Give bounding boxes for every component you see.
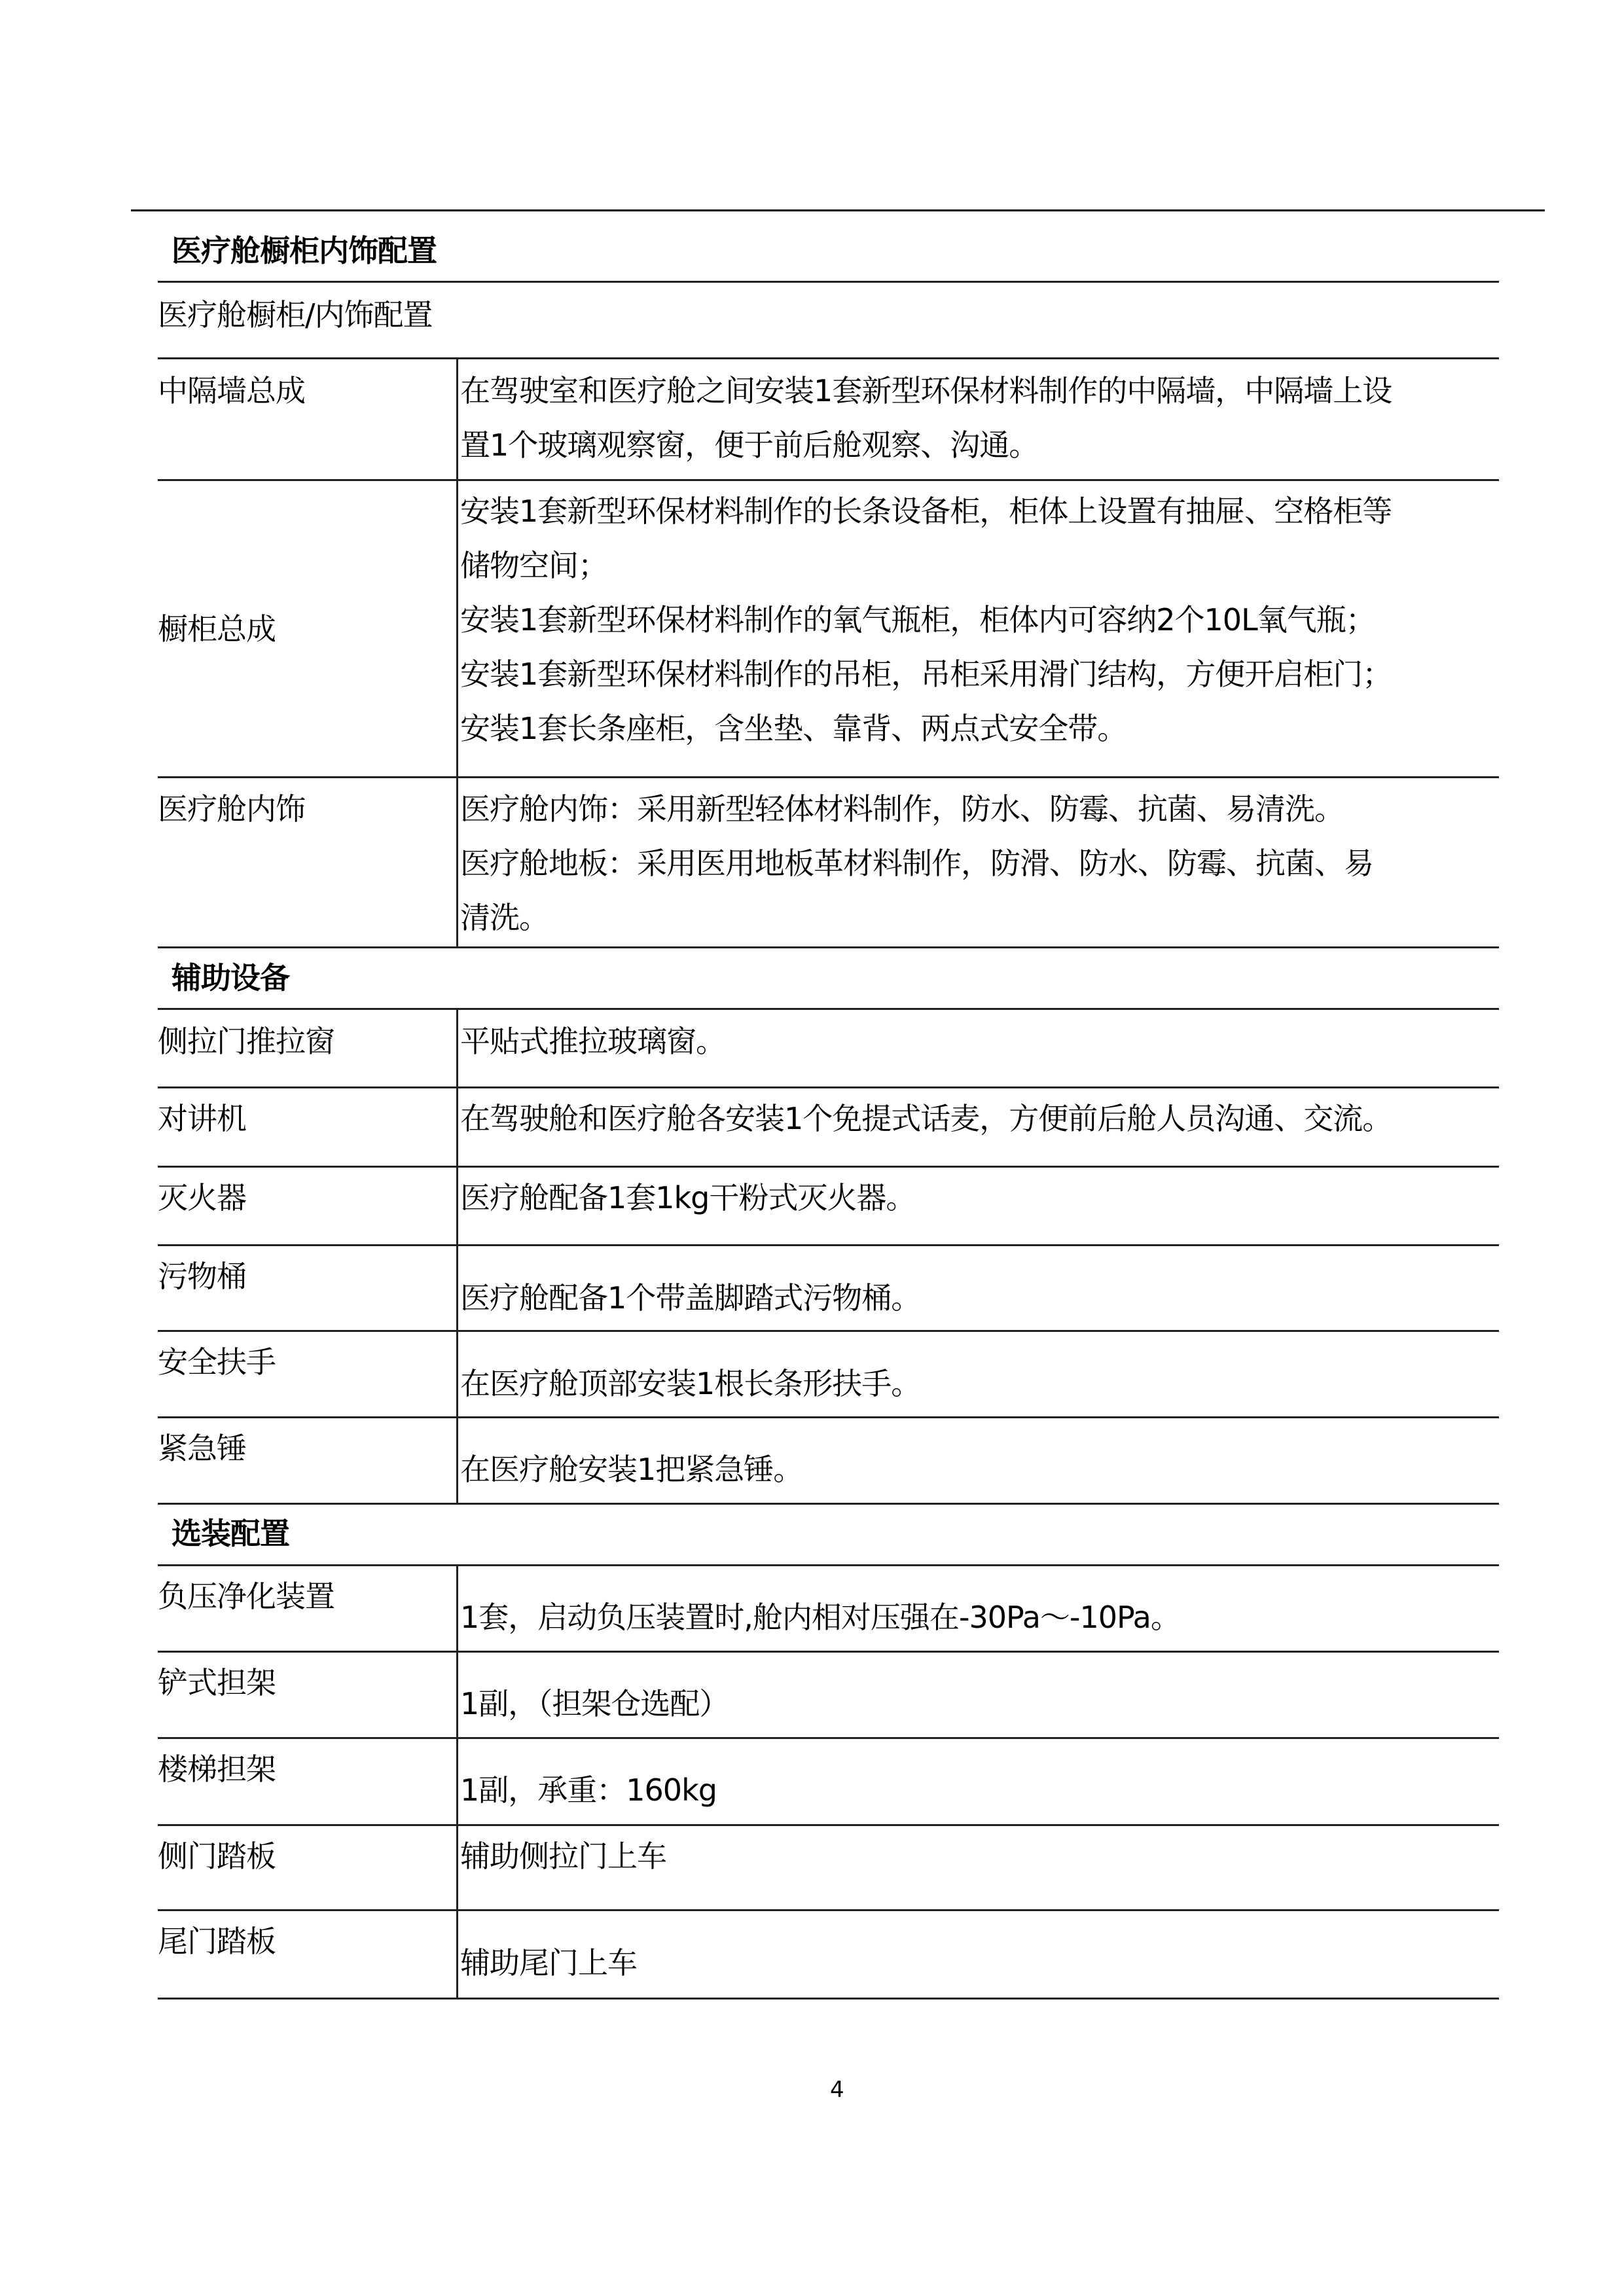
row-value: 1副，（担架仓选配） <box>460 1677 1501 1731</box>
table-rule <box>158 1998 1499 2000</box>
row-label: 对讲机 <box>158 1092 246 1146</box>
table-rule <box>158 776 1499 778</box>
table-rule <box>158 1909 1499 1911</box>
row-value: 1副，承重：160kg <box>460 1763 1501 1818</box>
table-rule <box>158 1416 1499 1418</box>
row-value: 1套，启动负压装置时,舱内相对压强在-30Pa～-10Pa。 <box>460 1590 1501 1645</box>
table-rule <box>158 1503 1499 1505</box>
row-label: 中隔墙总成 <box>158 364 305 418</box>
table-rule <box>158 1086 1499 1088</box>
row-value: 医疗舱配备1个带盖脚踏式污物桶。 <box>460 1271 1501 1325</box>
row-value-line: 安装1套长条座柜，含坐垫、靠背、两点式安全带。 <box>460 702 1501 756</box>
header-rule <box>131 209 1545 211</box>
row-value-line: 安装1套新型环保材料制作的氧气瓶柜，柜体内可容纳2个10L氧气瓶； <box>460 593 1501 647</box>
table-rule <box>158 1330 1499 1332</box>
row-value: 辅助侧拉门上车 <box>460 1829 1501 1884</box>
row-value-line: 安装1套新型环保材料制作的长条设备柜，柜体上设置有抽屉、空格柜等 <box>460 484 1501 539</box>
row-label: 楼梯担架 <box>158 1742 276 1797</box>
table-rule <box>158 479 1499 481</box>
table-rule <box>158 1651 1499 1653</box>
table-rule <box>158 1244 1499 1246</box>
row-value: 平贴式推拉玻璃窗。 <box>460 1014 1501 1069</box>
row-value: 辅助尾门上车 <box>460 1936 1501 1990</box>
row-value-line: 医疗舱内饰：采用新型轻体材料制作，防水、防霉、抗菌、易清洗。 <box>460 782 1501 836</box>
table-rule <box>158 1564 1499 1566</box>
table-rule <box>158 281 1499 283</box>
table-rule <box>158 1166 1499 1168</box>
row-value-line: 置1个玻璃观察窗，便于前后舱观察、沟通。 <box>460 418 1501 473</box>
row-value: 在医疗舱安装1把紧急锤。 <box>460 1443 1501 1497</box>
column-divider <box>456 1564 458 1999</box>
section-title: 医疗舱橱柜内饰配置 <box>171 224 437 278</box>
row-label: 医疗舱内饰 <box>158 782 305 836</box>
column-divider <box>456 1008 458 1504</box>
row-value-line: 安装1套新型环保材料制作的吊柜，吊柜采用滑门结构，方便开启柜门； <box>460 647 1501 702</box>
row-label: 铲式担架 <box>158 1656 276 1710</box>
row-label: 灭火器 <box>158 1171 246 1225</box>
table-rule <box>158 1824 1499 1826</box>
row-label: 负压净化装置 <box>158 1570 334 1624</box>
row-label: 污物桶 <box>158 1249 246 1304</box>
row-label: 侧门踏板 <box>158 1829 276 1884</box>
table-rule <box>158 1737 1499 1739</box>
row-value-line: 医疗舱地板：采用医用地板革材料制作，防滑、防水、防霉、抗菌、易 <box>460 836 1501 891</box>
row-label: 橱柜总成 <box>158 602 276 656</box>
row-label: 侧拉门推拉窗 <box>158 1014 334 1069</box>
row-value: 医疗舱内饰：采用新型轻体材料制作，防水、防霉、抗菌、易清洗。 医疗舱地板：采用医… <box>460 782 1501 945</box>
section-title: 辅助设备 <box>171 951 289 1005</box>
row-value: 安装1套新型环保材料制作的长条设备柜，柜体上设置有抽屉、空格柜等 储物空间； 安… <box>460 484 1501 756</box>
row-label: 紧急锤 <box>158 1422 246 1476</box>
row-value: 医疗舱配备1套1kg干粉式灭火器。 <box>460 1171 1501 1225</box>
section-title: 选装配置 <box>171 1507 289 1561</box>
row-value-line: 在驾驶室和医疗舱之间安装1套新型环保材料制作的中隔墙，中隔墙上设 <box>460 364 1501 418</box>
row-label: 安全扶手 <box>158 1335 276 1390</box>
row-value: 在驾驶室和医疗舱之间安装1套新型环保材料制作的中隔墙，中隔墙上设 置1个玻璃观察… <box>460 364 1501 473</box>
row-label: 尾门踏板 <box>158 1914 276 1969</box>
section-subtitle: 医疗舱橱柜/内饰配置 <box>158 288 433 342</box>
column-divider <box>456 357 458 948</box>
table-rule <box>158 357 1499 359</box>
page-number: 4 <box>830 2073 844 2106</box>
row-value-line: 清洗。 <box>460 891 1501 945</box>
table-rule <box>158 1008 1499 1010</box>
table-rule <box>158 946 1499 948</box>
row-value-line: 储物空间； <box>460 539 1501 593</box>
row-value: 在医疗舱顶部安装1根长条形扶手。 <box>460 1357 1501 1411</box>
row-value: 在驾驶舱和医疗舱各安装1个免提式话麦，方便前后舱人员沟通、交流。 <box>460 1092 1501 1146</box>
